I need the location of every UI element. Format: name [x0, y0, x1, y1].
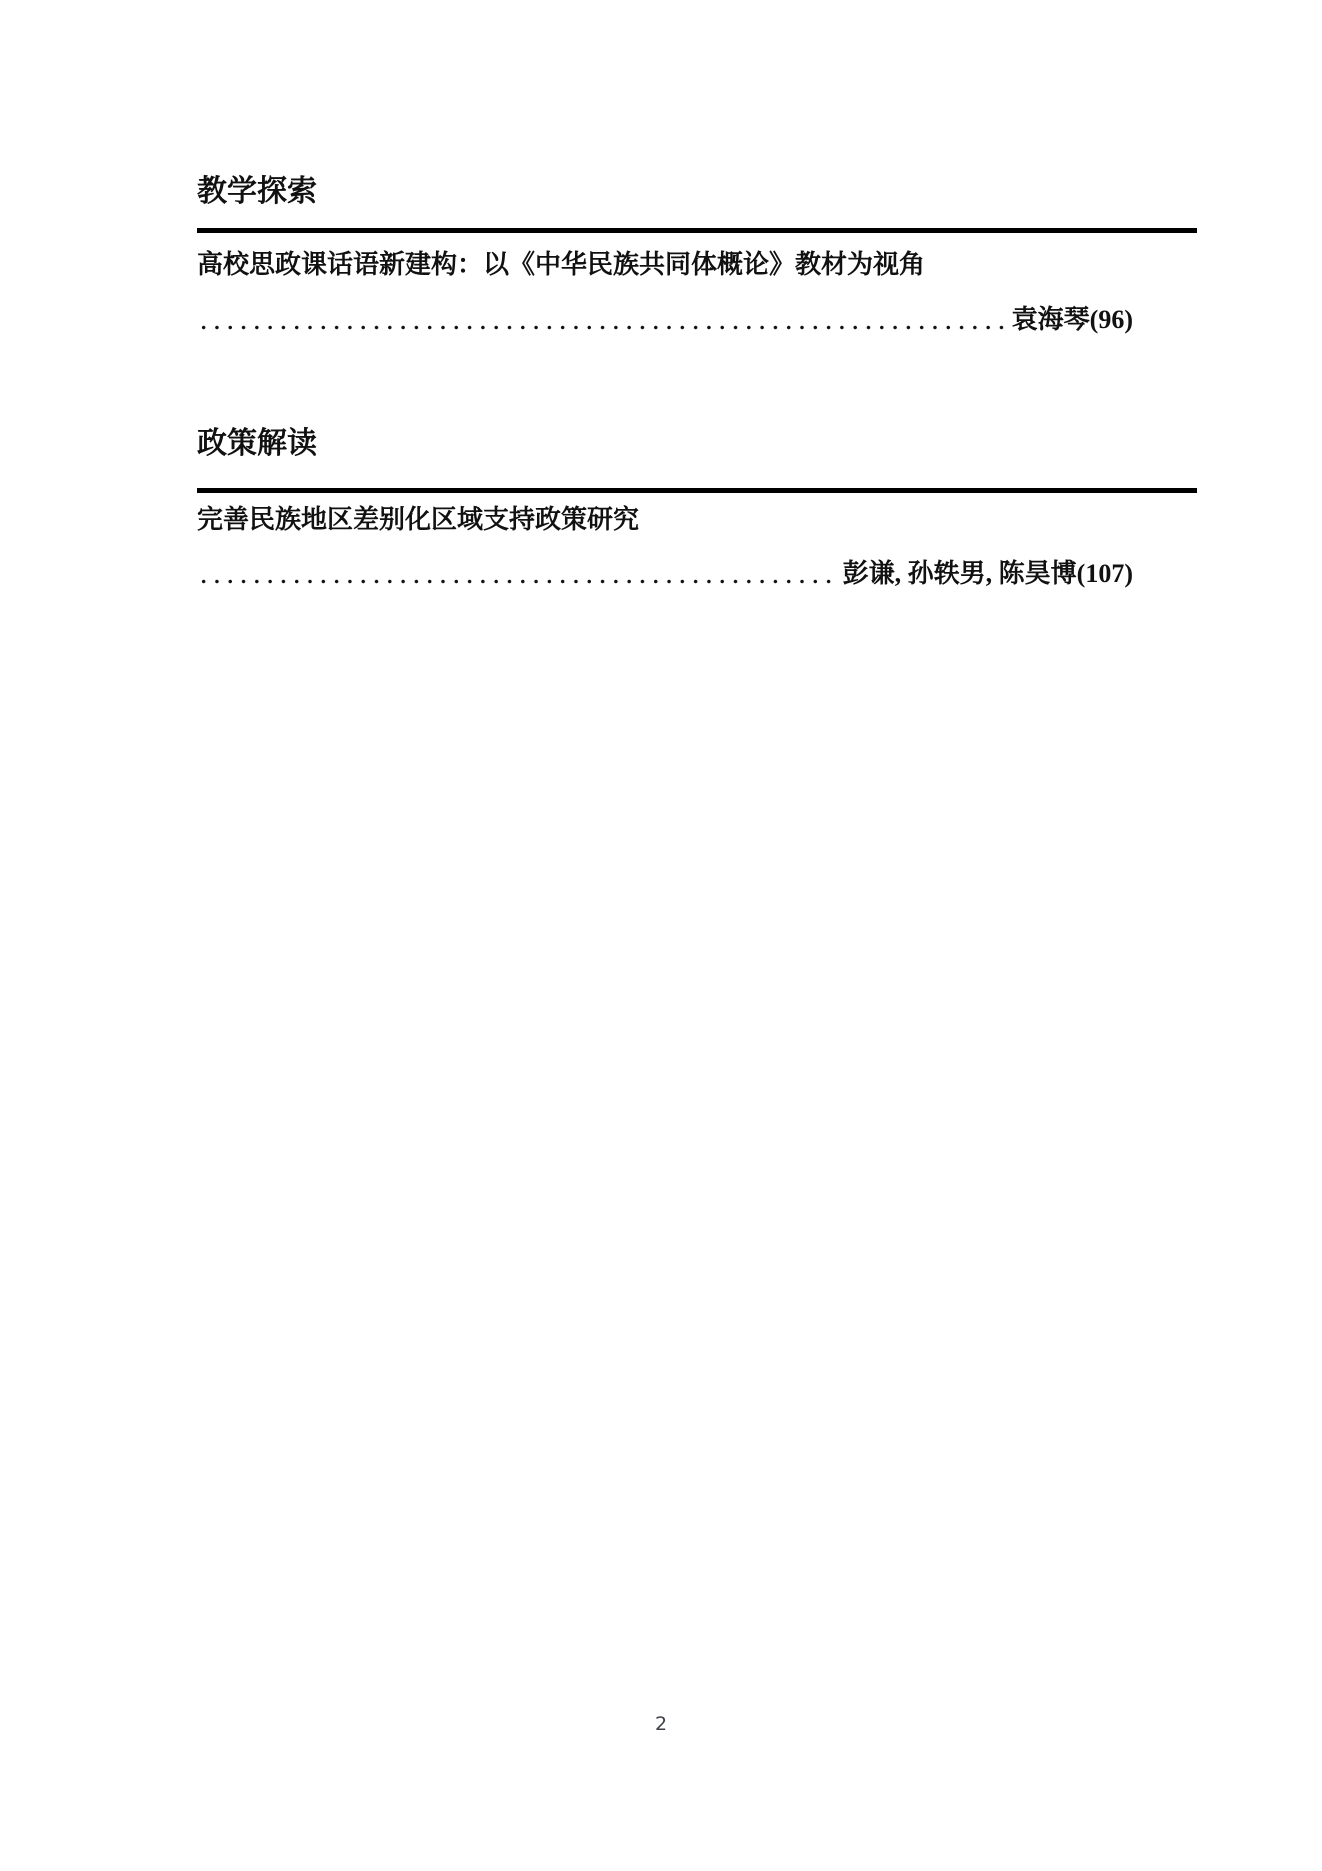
entry-authors: 彭谦, 孙轶男, 陈昊博	[843, 558, 1077, 590]
section-heading: 教学探索	[197, 175, 317, 209]
article-title: 高校思政课话语新建构：以《中华民族共同体概论》教材为视角	[197, 249, 925, 281]
dot-leader	[197, 558, 840, 590]
section-divider	[197, 488, 1197, 493]
toc-entry: 彭谦, 孙轶男, 陈昊博(107)	[197, 558, 1133, 590]
dot-leader	[197, 304, 1009, 336]
section-divider	[197, 228, 1197, 233]
entry-authors: 袁海琴	[1012, 304, 1090, 336]
article-title: 完善民族地区差别化区域支持政策研究	[197, 504, 639, 536]
section-heading: 政策解读	[197, 427, 317, 461]
page-number: 2	[0, 1713, 1322, 1735]
entry-page-ref: (96)	[1090, 304, 1133, 336]
toc-page: 教学探索 高校思政课话语新建构：以《中华民族共同体概论》教材为视角 袁海琴(96…	[0, 0, 1322, 1871]
entry-page-ref: (107)	[1077, 558, 1133, 590]
toc-entry: 袁海琴(96)	[197, 304, 1133, 336]
